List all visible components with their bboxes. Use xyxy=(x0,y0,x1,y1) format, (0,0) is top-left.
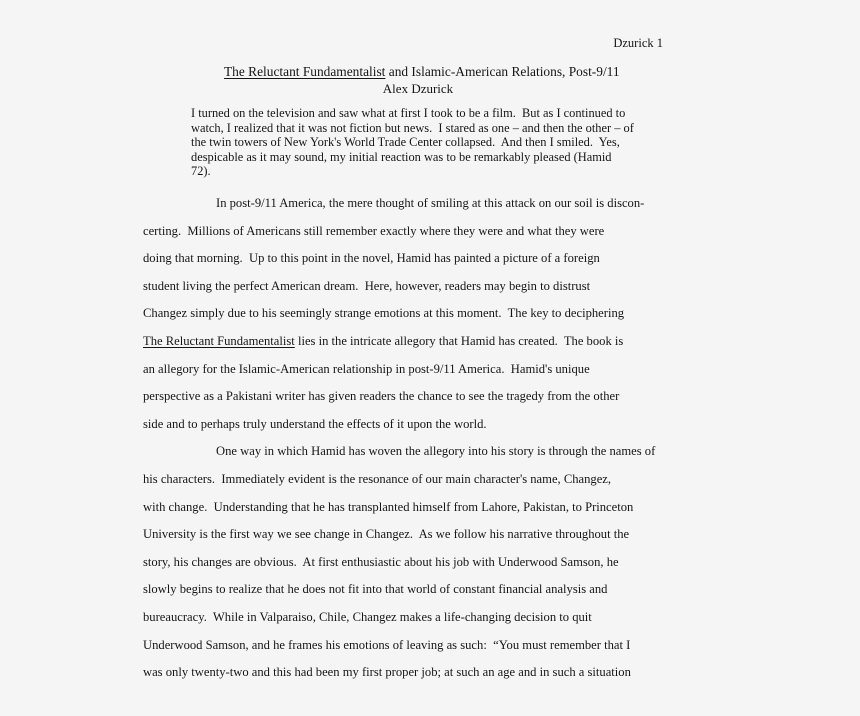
body-line: side and to perhaps truly understand the… xyxy=(143,411,655,439)
body-line: with change. Understanding that he has t… xyxy=(143,494,655,522)
book-title: The Reluctant Fundamentalist xyxy=(224,64,385,79)
body-line: story, his changes are obvious. At first… xyxy=(143,549,655,577)
page-title: The Reluctant Fundamentalist and Islamic… xyxy=(224,64,620,80)
body-line: slowly begins to realize that he does no… xyxy=(143,576,655,604)
body-line: University is the first way we see chang… xyxy=(143,521,655,549)
body-text-segment: student living the perfect American drea… xyxy=(143,279,590,293)
document-page: Dzurick 1 The Reluctant Fundamentalist a… xyxy=(0,0,860,716)
body-line: his characters. Immediately evident is t… xyxy=(143,466,655,494)
body-line: One way in which Hamid has woven the all… xyxy=(143,438,655,466)
body-text-segment: perspective as a Pakistani writer has gi… xyxy=(143,389,619,403)
block-quote-line: despicable as it may sound, my initial r… xyxy=(191,150,634,165)
body-text-segment: lies in the intricate allegory that Hami… xyxy=(295,334,624,348)
body-text-segment: slowly begins to realize that he does no… xyxy=(143,582,607,596)
title-text: and Islamic-American Relations, Post-9/1… xyxy=(385,64,619,79)
book-title: The Reluctant Fundamentalist xyxy=(143,334,295,348)
body-text-segment: his characters. Immediately evident is t… xyxy=(143,472,611,486)
block-quote-line: 72). xyxy=(191,164,634,179)
body-line: In post-9/11 America, the mere thought o… xyxy=(143,190,655,218)
body-text-segment: doing that morning. Up to this point in … xyxy=(143,251,600,265)
body-line: perspective as a Pakistani writer has gi… xyxy=(143,383,655,411)
body-text-segment: University is the first way we see chang… xyxy=(143,527,629,541)
essay-body: In post-9/11 America, the mere thought o… xyxy=(143,190,655,687)
body-line: The Reluctant Fundamentalist lies in the… xyxy=(143,328,655,356)
body-text-segment: with change. Understanding that he has t… xyxy=(143,500,633,514)
block-quote-line: the twin towers of New York's World Trad… xyxy=(191,135,634,150)
body-line: certing. Millions of Americans still rem… xyxy=(143,218,655,246)
block-quote-line: I turned on the television and saw what … xyxy=(191,106,634,121)
body-line: Underwood Samson, and he frames his emot… xyxy=(143,632,655,660)
body-text-segment: story, his changes are obvious. At first… xyxy=(143,555,619,569)
body-text-segment: certing. Millions of Americans still rem… xyxy=(143,224,604,238)
running-header-page-number: Dzurick 1 xyxy=(0,36,663,50)
body-text-segment: bureaucracy. While in Valparaiso, Chile,… xyxy=(143,610,592,624)
block-quote-line: watch, I realized that it was not fictio… xyxy=(191,121,634,136)
body-text-segment: Underwood Samson, and he frames his emot… xyxy=(143,638,630,652)
body-line: Changez simply due to his seemingly stra… xyxy=(143,300,655,328)
body-text-segment: Changez simply due to his seemingly stra… xyxy=(143,306,624,320)
author-byline: Alex Dzurick xyxy=(0,81,836,96)
body-line: an allegory for the Islamic-American rel… xyxy=(143,356,655,384)
body-text-segment: side and to perhaps truly understand the… xyxy=(143,417,487,431)
block-quote: I turned on the television and saw what … xyxy=(191,106,634,179)
body-text-segment: was only twenty-two and this had been my… xyxy=(143,665,631,679)
body-line: bureaucracy. While in Valparaiso, Chile,… xyxy=(143,604,655,632)
body-line: student living the perfect American drea… xyxy=(143,273,655,301)
body-line: doing that morning. Up to this point in … xyxy=(143,245,655,273)
body-text-segment: One way in which Hamid has woven the all… xyxy=(216,444,655,458)
body-text-segment: In post-9/11 America, the mere thought o… xyxy=(216,196,644,210)
body-text-segment: an allegory for the Islamic-American rel… xyxy=(143,362,590,376)
body-line: was only twenty-two and this had been my… xyxy=(143,659,655,687)
